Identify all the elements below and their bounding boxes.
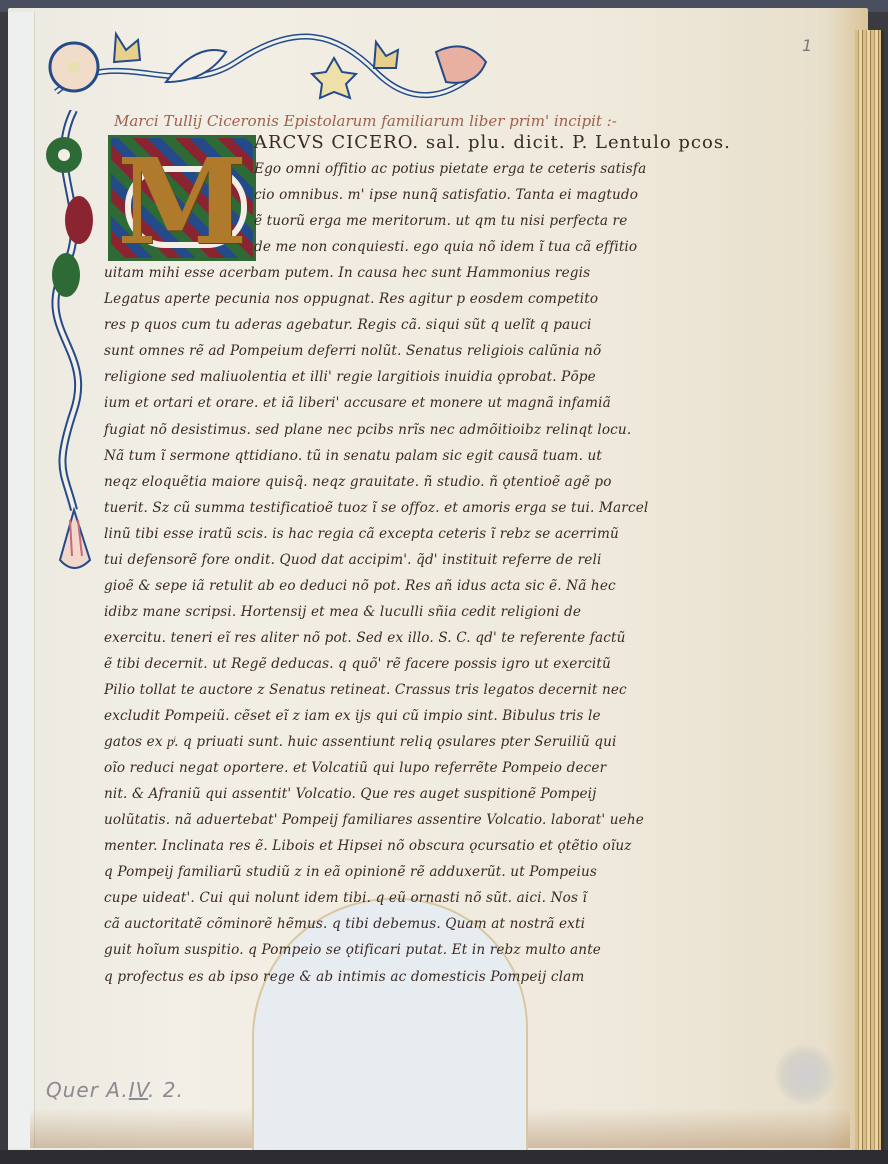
- text-line: cã auctoritatẽ cõminorẽ hẽmus. q tibi de…: [104, 911, 664, 937]
- flyleaf-edge: [8, 12, 35, 1148]
- text-line: linũ tibi esse iratũ scis. is hac regia …: [104, 521, 664, 547]
- text-line: res p quos cum tu aderas agebatur. Regis…: [104, 312, 664, 338]
- text-line: exercitu. teneri eĩ res aliter nõ pot. S…: [104, 625, 664, 651]
- rubric-heading: Marci Tullij Ciceronis Epistolarum famil…: [114, 112, 664, 130]
- text-line: nit. & Afraniũ qui assentit' Volcatio. Q…: [104, 781, 664, 807]
- text-line: gioẽ & sepe iã retulit ab eo deduci nõ p…: [104, 573, 664, 599]
- text-line: oĩo reduci negat oportere. et Volcatiũ q…: [104, 755, 664, 781]
- text-line: idibz mane scripsi. Hortensij et mea & l…: [104, 599, 664, 625]
- shelfmark-roman: IV: [129, 1078, 148, 1102]
- text-line: Legatus aperte pecunia nos oppugnat. Res…: [104, 286, 664, 312]
- text-line: gatos ex pͥ. q priuati sunt. huic assent…: [104, 729, 664, 755]
- text-line: menter. Inclinata res ẽ. Libois et Hipse…: [104, 833, 664, 859]
- text-line: ẽ tibi decernit. ut Regẽ deducas. q quõ'…: [104, 651, 664, 677]
- text-line: q profectus es ab ipso rege & ab intimis…: [104, 964, 664, 990]
- text-line: Nã tum ĩ sermone qttidiano. tũ in senatu…: [104, 443, 664, 469]
- text-block: Marci Tullij Ciceronis Epistolarum famil…: [104, 112, 664, 990]
- text-line: tuerit. Sz cũ summa testificatioẽ tuoz ĩ…: [104, 495, 664, 521]
- text-line: q Pompeij familiarũ studiũ z in eã opini…: [104, 859, 664, 885]
- floral-border-top-icon: [36, 22, 496, 112]
- text-line: cupe uideat'. Cui qui nolunt idem tibi. …: [104, 885, 664, 911]
- text-line: sunt omnes rẽ ad Pompeium deferri nolũt.…: [104, 338, 664, 364]
- folio-number: 1: [802, 36, 812, 55]
- stain-spot: [775, 1045, 835, 1105]
- text-line: tui defensorẽ fore ondit. Quod dat accip…: [104, 547, 664, 573]
- page-edges: [855, 30, 884, 1150]
- text-line: de me non conquiesti. ego quia nõ idem ĩ…: [254, 234, 664, 260]
- text-line: ẽ tuorũ erga me meritorum. ut qm tu nisi…: [254, 208, 664, 234]
- background-bottom: [0, 1150, 888, 1164]
- text-line: fugiat nõ desistimus. sed plane nec pcib…: [104, 417, 664, 443]
- shelfmark-suffix: . 2.: [148, 1078, 184, 1102]
- text-line: ium et ortari et orare. et iã liberi' ac…: [104, 390, 664, 416]
- text-line: religione sed maliuolentia et illi' regi…: [104, 364, 664, 390]
- text-line: guit hoĩum suspitio. q Pompeio se ǫtific…: [104, 937, 664, 963]
- text-line: excludit Pompeiũ. cẽset eĩ z iam ex ijs …: [104, 703, 664, 729]
- text-line: cio omnibus. m' ipse nunq̃ satisfatio. T…: [254, 182, 664, 208]
- text-line: uolũtatis. nã aduertebat' Pompeij famili…: [104, 807, 664, 833]
- shelfmark: Quer A.IV. 2.: [46, 1078, 184, 1102]
- text-line: Pilio tollat te auctore z Senatus retine…: [104, 677, 664, 703]
- text-line: neqz eloquẽtia maiore quisq̃. neqz graui…: [104, 469, 664, 495]
- text-line: Ego omni offitio ac potius pietate erga …: [254, 156, 664, 182]
- text-line: uitam mihi esse acerbam putem. In causa …: [104, 260, 664, 286]
- text-line: ARCVS CICERO. sal. plu. dicit. P. Lentul…: [254, 130, 664, 156]
- shelfmark-prefix: Quer A.: [46, 1078, 129, 1102]
